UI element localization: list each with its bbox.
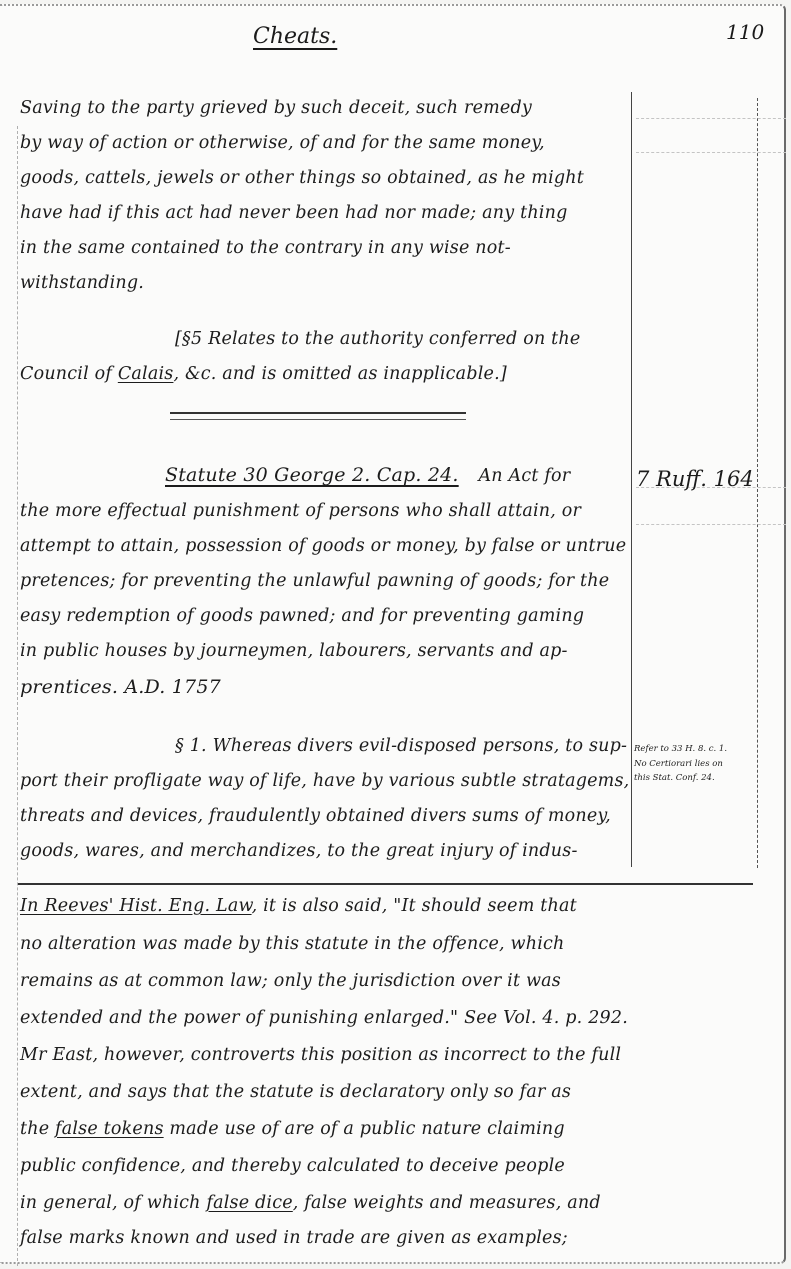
statute-heading: Statute 30 George 2. Cap. 24. xyxy=(165,464,459,486)
text-line: the false tokens made use of are of a pu… xyxy=(20,1119,565,1139)
underlined-place-name: Calais xyxy=(118,364,174,384)
text-fragment: in general, of which xyxy=(20,1193,206,1213)
text-fragment: made use of are of a public nature claim… xyxy=(164,1119,565,1139)
text-line: public confidence, and thereby calculate… xyxy=(20,1156,565,1176)
text-line: § 1. Whereas divers evil-disposed person… xyxy=(175,736,627,756)
ledger-line xyxy=(636,118,786,119)
text-line: port their profligate way of life, have … xyxy=(20,771,629,791)
manuscript-page: Cheats. 110 Saving to the party grieved … xyxy=(0,4,786,1264)
margin-note: this Stat. Conf. 24. xyxy=(634,773,715,783)
text-line: prentices. A.D. 1757 xyxy=(20,676,221,698)
text-line: in public houses by journeymen, labourer… xyxy=(20,641,568,661)
margin-column-outer-rule xyxy=(757,98,758,868)
text-fragment: An Act for xyxy=(478,466,570,486)
text-line: extended and the power of punishing enla… xyxy=(20,1008,628,1028)
text-line: Saving to the party grieved by such dece… xyxy=(20,98,532,118)
text-line: threats and devices, fraudulently obtain… xyxy=(20,806,611,826)
page-title: Cheats. xyxy=(253,24,337,49)
text-fragment: , it is also said, "It should seem that xyxy=(252,896,577,916)
text-line: attempt to attain, possession of goods o… xyxy=(20,536,626,556)
underlined-term: false tokens xyxy=(55,1119,164,1139)
text-line: easy redemption of goods pawned; and for… xyxy=(20,606,584,626)
ledger-line xyxy=(636,152,786,153)
text-line: withstanding. xyxy=(20,273,144,293)
margin-note: No Certiorari lies on xyxy=(634,759,723,769)
page-number: 110 xyxy=(726,20,764,44)
text-fragment: , false weights and measures, and xyxy=(293,1193,601,1213)
text-line: in general, of which false dice, false w… xyxy=(20,1193,601,1213)
text-line: by way of action or otherwise, of and fo… xyxy=(20,133,545,153)
text-line: goods, cattels, jewels or other things s… xyxy=(20,168,584,188)
text-line: In Reeves' Hist. Eng. Law, it is also sa… xyxy=(20,896,577,916)
section-divider xyxy=(170,412,466,420)
text-line: goods, wares, and merchandizes, to the g… xyxy=(20,841,578,861)
margin-note: Refer to 33 H. 8. c. 1. xyxy=(634,744,727,754)
text-line: Council of Calais, &c. and is omitted as… xyxy=(20,364,507,384)
left-margin-rule xyxy=(17,126,18,1266)
text-line: pretences; for preventing the unlawful p… xyxy=(20,571,609,591)
text-line: [§5 Relates to the authority conferred o… xyxy=(175,329,580,349)
ledger-line xyxy=(636,524,786,525)
text-line: extent, and says that the statute is dec… xyxy=(20,1082,571,1102)
underlined-term: false dice xyxy=(206,1193,292,1213)
text-line: remains as at common law; only the juris… xyxy=(20,971,561,991)
text-line: Mr East, however, controverts this posit… xyxy=(20,1045,621,1065)
text-line: have had if this act had never been had … xyxy=(20,203,567,223)
text-line: false marks known and used in trade are … xyxy=(20,1228,568,1248)
text-line: no alteration was made by this statute i… xyxy=(20,934,564,954)
citation-reeves: In Reeves' Hist. Eng. Law xyxy=(20,896,252,916)
footnote-divider xyxy=(18,883,753,885)
text-line: the more effectual punishment of persons… xyxy=(20,501,581,521)
text-fragment: , &c. and is omitted as inapplicable.] xyxy=(173,364,506,384)
text-fragment: Council of xyxy=(20,364,118,384)
statute-heading-line: Statute 30 George 2. Cap. 24. An Act for xyxy=(165,464,570,486)
margin-column-rule xyxy=(631,92,632,867)
margin-reference: 7 Ruff. 164 xyxy=(636,467,754,491)
text-fragment: the xyxy=(20,1119,55,1139)
text-line: in the same contained to the contrary in… xyxy=(20,238,511,258)
